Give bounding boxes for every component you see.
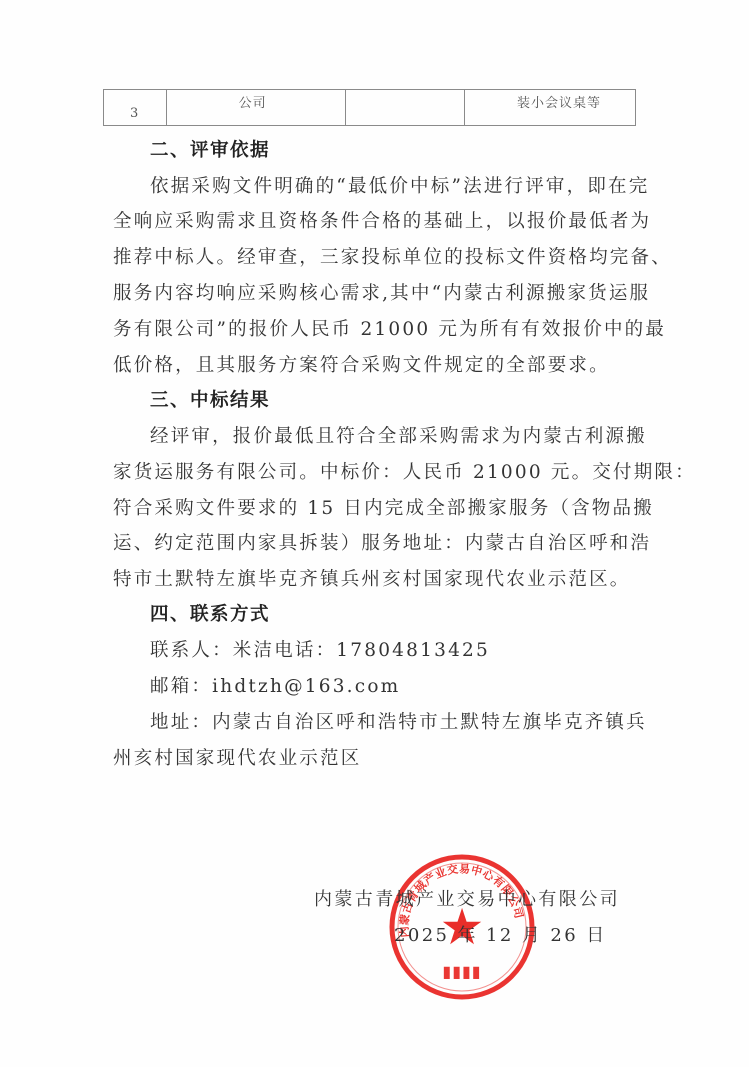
svg-text:▮▮▮▮: ▮▮▮▮ (442, 962, 481, 981)
paragraph-line: 特市土默特左旗毕克齐镇兵州亥村国家现代农业示范区。 (113, 568, 638, 592)
paragraph-line: 运、约定范围内家具拆装）服务地址：内蒙古自治区呼和浩 (113, 532, 638, 556)
paragraph-line: 低价格，且其服务方案符合采购文件规定的全部要求。 (113, 354, 638, 378)
contact-address-line: 地址：内蒙古自治区呼和浩特市土默特左旗毕克齐镇兵 (150, 711, 675, 735)
paragraph-line: 务有限公司”的报价人民币 21000 元为所有有效报价中的最 (113, 318, 638, 342)
table-cell-empty (345, 90, 464, 126)
table-row: 3 公司 装小会议桌等 (104, 90, 636, 126)
paragraph-line: 家货运服务有限公司。中标价：人民币 21000 元。交付期限： (113, 461, 638, 485)
table-cell-company: 公司 (166, 90, 345, 126)
paragraph-line: 符合采购文件要求的 15 日内完成全部搬家服务（含物品搬 (113, 497, 638, 521)
signing-date: 2025 年 12 月 26 日 (394, 921, 607, 947)
table-cell-row-number: 3 (104, 90, 167, 126)
paragraph-line: 推荐中标人。经审查，三家投标单位的投标文件资格均完备、 (113, 246, 638, 270)
paragraph-line: 经评审，报价最低且符合全部采购需求为内蒙古利源搬 (150, 425, 675, 449)
document-page: 3 公司 装小会议桌等 二、评审依据 依据采购文件明确的“最低价中标”法进行评审… (0, 0, 749, 1067)
contact-email: 邮箱：ihdtzh@163.com (150, 675, 675, 699)
paragraph-line: 服务内容均响应采购核心需求,其中“内蒙古利源搬家货运服 (113, 282, 638, 306)
signing-organization: 内蒙古青城产业交易中心有限公司 (314, 885, 620, 911)
section-heading-contact: 四、联系方式 (150, 603, 675, 627)
section-heading-award-result: 三、中标结果 (150, 389, 675, 413)
paragraph-line: 依据采购文件明确的“最低价中标”法进行评审，即在完 (150, 175, 675, 199)
contact-address-line: 州亥村国家现代农业示范区 (113, 747, 638, 771)
contact-person-phone: 联系人：米洁电话：17804813425 (150, 639, 675, 663)
bid-table-fragment: 3 公司 装小会议桌等 (103, 89, 636, 126)
table-cell-items: 装小会议桌等 (464, 90, 635, 126)
section-heading-review-basis: 二、评审依据 (150, 139, 675, 163)
paragraph-line: 全响应采购需求且资格条件合格的基础上，以报价最低者为 (113, 210, 638, 234)
